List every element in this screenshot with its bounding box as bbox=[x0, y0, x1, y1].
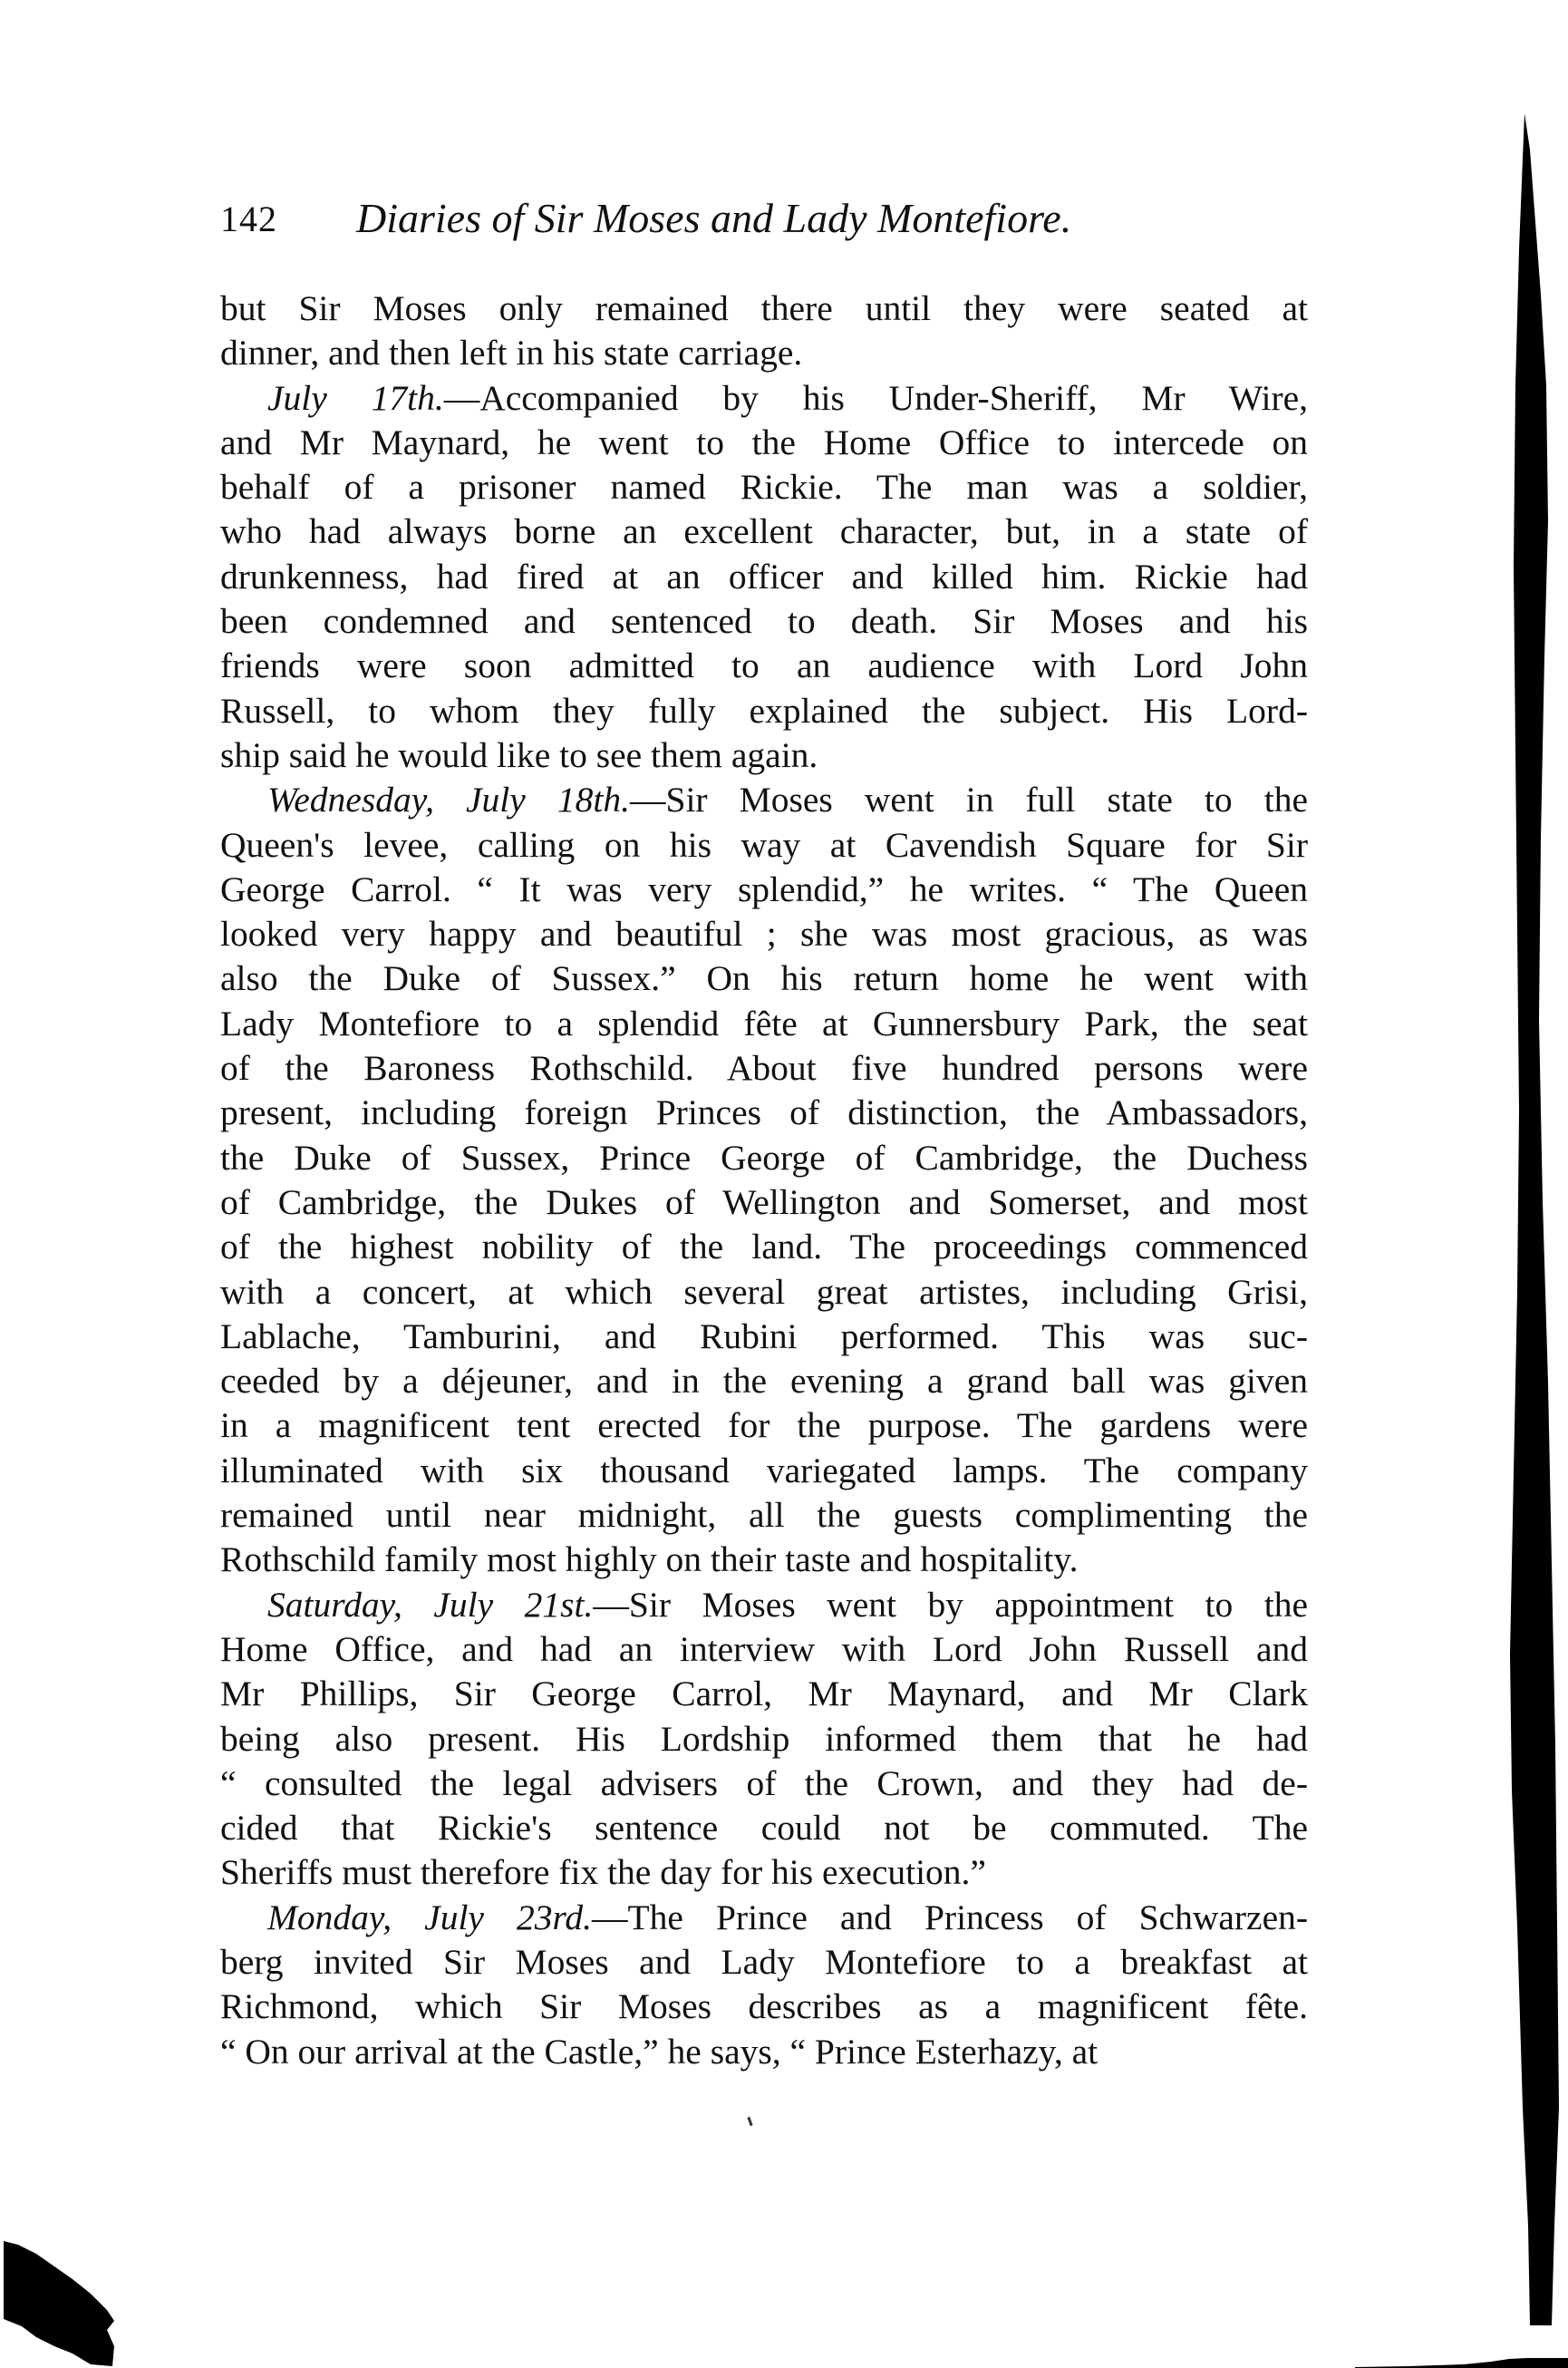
text-line: Lady Montefiore to a splendid fête at Gu… bbox=[220, 1002, 1308, 1046]
line-text: Richmond, which Sir Moses describes as a… bbox=[220, 1986, 1308, 2026]
line-text: Home Office, and had an interview with L… bbox=[220, 1629, 1308, 1669]
scan-speck bbox=[747, 2117, 752, 2126]
text-line: Monday, July 23rd.—The Prince and Prince… bbox=[220, 1896, 1308, 1940]
scan-corner-blot bbox=[0, 2239, 127, 2368]
line-text: “ On our arrival at the Castle,” he says… bbox=[220, 2032, 1098, 2072]
scan-bottom-edge bbox=[1355, 2355, 1568, 2368]
entry-date: July 17th. bbox=[267, 378, 444, 418]
line-text: but Sir Moses only remained there until … bbox=[220, 288, 1308, 328]
text-line: Richmond, which Sir Moses describes as a… bbox=[220, 1985, 1308, 2029]
text-line: cided that Rickie's sentence could not b… bbox=[220, 1806, 1308, 1850]
line-text: and Mr Maynard, he went to the Home Offi… bbox=[220, 422, 1308, 462]
text-line: and Mr Maynard, he went to the Home Offi… bbox=[220, 421, 1308, 465]
line-text: with a concert, at which several great a… bbox=[220, 1272, 1308, 1312]
text-line: Russell, to whom they fully explained th… bbox=[220, 689, 1308, 733]
page-number: 142 bbox=[220, 198, 277, 240]
line-text: drunkenness, had fired at an officer and… bbox=[220, 557, 1308, 597]
line-text: remained until near midnight, all the gu… bbox=[220, 1495, 1308, 1535]
line-text: dinner, and then left in his state carri… bbox=[220, 333, 802, 373]
text-line: but Sir Moses only remained there until … bbox=[220, 286, 1308, 331]
text-line: of the Baroness Rothschild. About five h… bbox=[220, 1046, 1308, 1091]
page-header: 142 Diaries of Sir Moses and Lady Montef… bbox=[220, 198, 1308, 252]
entry-date: Wednesday, July 18th. bbox=[267, 780, 630, 820]
line-text: Russell, to whom they fully explained th… bbox=[220, 691, 1308, 731]
line-text: of the highest nobility of the land. The… bbox=[220, 1227, 1308, 1266]
line-text: Lady Montefiore to a splendid fête at Gu… bbox=[220, 1004, 1308, 1043]
text-line: Mr Phillips, Sir George Carrol, Mr Mayna… bbox=[220, 1672, 1308, 1716]
line-text: ship said he would like to see them agai… bbox=[220, 735, 818, 775]
line-text: cided that Rickie's sentence could not b… bbox=[220, 1808, 1308, 1848]
scan-edge-shadow bbox=[1505, 113, 1568, 2325]
text-line: George Carrol. “ It was very splendid,” … bbox=[220, 868, 1308, 912]
text-line: remained until near midnight, all the gu… bbox=[220, 1493, 1308, 1538]
entry-date: Saturday, July 21st. bbox=[267, 1585, 593, 1625]
text-line: of Cambridge, the Dukes of Wellington an… bbox=[220, 1180, 1308, 1225]
line-text: ceeded by a déjeuner, and in the evening… bbox=[220, 1361, 1308, 1401]
text-line: dinner, and then left in his state carri… bbox=[220, 331, 1308, 375]
text-line: Saturday, July 21st.—Sir Moses went by a… bbox=[220, 1583, 1308, 1627]
line-text: of the Baroness Rothschild. About five h… bbox=[220, 1048, 1308, 1088]
text-line: looked very happy and beautiful ; she wa… bbox=[220, 912, 1308, 956]
text-line: Lablache, Tamburini, and Rubini performe… bbox=[220, 1315, 1308, 1359]
text-line: of the highest nobility of the land. The… bbox=[220, 1225, 1308, 1269]
line-text: who had always borne an excellent charac… bbox=[220, 511, 1308, 551]
line-text: present, including foreign Princes of di… bbox=[220, 1092, 1308, 1132]
body-text: but Sir Moses only remained there until … bbox=[220, 286, 1308, 2074]
line-text: “ consulted the legal advisers of the Cr… bbox=[220, 1763, 1308, 1803]
text-line: being also present. His Lordship informe… bbox=[220, 1717, 1308, 1761]
line-text: —Sir Moses went by appointment to the bbox=[593, 1585, 1308, 1625]
text-line: “ On our arrival at the Castle,” he says… bbox=[220, 2030, 1308, 2074]
text-line: behalf of a prisoner named Rickie. The m… bbox=[220, 465, 1308, 510]
text-line: illuminated with six thousand variegated… bbox=[220, 1449, 1308, 1493]
text-line: Rothschild family most highly on their t… bbox=[220, 1538, 1308, 1582]
text-line: drunkenness, had fired at an officer and… bbox=[220, 555, 1308, 599]
line-text: also the Duke of Sussex.” On his return … bbox=[220, 958, 1308, 998]
text-line: ceeded by a déjeuner, and in the evening… bbox=[220, 1359, 1308, 1403]
text-line: also the Duke of Sussex.” On his return … bbox=[220, 956, 1308, 1001]
line-text: —Accompanied by his Under-Sheriff, Mr Wi… bbox=[444, 378, 1308, 418]
line-text: in a magnificent tent erected for the pu… bbox=[220, 1405, 1308, 1445]
line-text: Mr Phillips, Sir George Carrol, Mr Mayna… bbox=[220, 1674, 1308, 1713]
line-text: Rothschild family most highly on their t… bbox=[220, 1539, 1078, 1579]
book-page: 142 Diaries of Sir Moses and Lady Montef… bbox=[0, 0, 1568, 2368]
line-text: behalf of a prisoner named Rickie. The m… bbox=[220, 467, 1308, 507]
line-text: Sheriffs must therefore fix the day for … bbox=[220, 1852, 986, 1892]
line-text: berg invited Sir Moses and Lady Montefio… bbox=[220, 1942, 1308, 1982]
text-line: present, including foreign Princes of di… bbox=[220, 1091, 1308, 1135]
line-text: been condemned and sentenced to death. S… bbox=[220, 601, 1308, 641]
line-text: friends were soon admitted to an audienc… bbox=[220, 645, 1308, 685]
line-text: —Sir Moses went in full state to the bbox=[630, 780, 1308, 820]
text-line: the Duke of Sussex, Prince George of Cam… bbox=[220, 1136, 1308, 1180]
text-line: July 17th.—Accompanied by his Under-Sher… bbox=[220, 376, 1308, 421]
line-text: the Duke of Sussex, Prince George of Cam… bbox=[220, 1138, 1308, 1178]
text-line: Queen's levee, calling on his way at Cav… bbox=[220, 823, 1308, 868]
entry-date: Monday, July 23rd. bbox=[267, 1897, 592, 1937]
text-line: Wednesday, July 18th.—Sir Moses went in … bbox=[220, 778, 1308, 822]
running-title: Diaries of Sir Moses and Lady Montefiore… bbox=[356, 194, 1071, 242]
text-line: Sheriffs must therefore fix the day for … bbox=[220, 1850, 1308, 1895]
line-text: being also present. His Lordship informe… bbox=[220, 1719, 1308, 1759]
text-line: “ consulted the legal advisers of the Cr… bbox=[220, 1761, 1308, 1806]
line-text: —The Prince and Princess of Schwarzen- bbox=[592, 1897, 1308, 1937]
text-line: berg invited Sir Moses and Lady Montefio… bbox=[220, 1940, 1308, 1985]
line-text: Queen's levee, calling on his way at Cav… bbox=[220, 825, 1308, 865]
text-line: Home Office, and had an interview with L… bbox=[220, 1627, 1308, 1672]
text-line: been condemned and sentenced to death. S… bbox=[220, 599, 1308, 644]
text-line: friends were soon admitted to an audienc… bbox=[220, 644, 1308, 688]
text-line: in a magnificent tent erected for the pu… bbox=[220, 1403, 1308, 1448]
line-text: George Carrol. “ It was very splendid,” … bbox=[220, 869, 1308, 909]
text-line: with a concert, at which several great a… bbox=[220, 1270, 1308, 1315]
text-line: ship said he would like to see them agai… bbox=[220, 733, 1308, 778]
line-text: of Cambridge, the Dukes of Wellington an… bbox=[220, 1182, 1308, 1222]
line-text: illuminated with six thousand variegated… bbox=[220, 1451, 1308, 1490]
text-line: who had always borne an excellent charac… bbox=[220, 510, 1308, 554]
line-text: Lablache, Tamburini, and Rubini performe… bbox=[220, 1316, 1308, 1356]
line-text: looked very happy and beautiful ; she wa… bbox=[220, 914, 1308, 954]
